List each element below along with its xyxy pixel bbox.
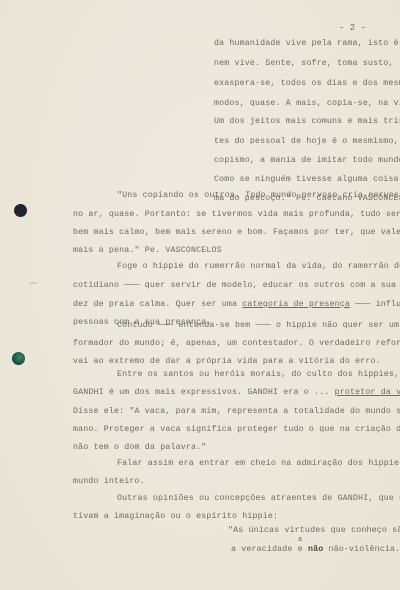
text-line: dez de praia calma. Quer ser uma categor…	[73, 300, 400, 310]
handwritten-insertion: a	[298, 536, 302, 544]
page-number: - 2 -	[339, 23, 366, 33]
text-line: Falar assim era entrar em cheio na admir…	[117, 459, 400, 469]
text-segment: GANDHI é um dos mais expressivos. GANDHI…	[73, 388, 335, 397]
text-line: copismo, a mania de imitar todo mundo.	[214, 156, 400, 166]
text-segment: ─── influenciar	[350, 300, 400, 309]
text-line: nem vive. Sente, sofre, toma susto,	[214, 59, 394, 69]
text-segment: a veracidade e	[231, 545, 308, 554]
text-line: mundo inteiro.	[73, 477, 145, 487]
text-line: bem mais calmo, bem mais sereno e bom. F…	[73, 228, 400, 238]
text-line: Como se ninguém tivesse alguma coisa aci…	[214, 175, 400, 185]
text-line: Um dos jeitos mais comuns e mais tris-	[214, 117, 400, 127]
text-segment: não-violência."	[323, 545, 400, 554]
margin-pencil-mark: ⁀	[30, 283, 36, 293]
text-line: GANDHI é um dos mais expressivos. GANDHI…	[73, 388, 400, 398]
text-line: mano. Proteger a vaca significa proteger…	[73, 425, 400, 435]
text-line: mais a pena." Pe. VASCONCELOS	[73, 246, 222, 256]
text-line: Disse ele: "A vaca, para mim, representa…	[73, 407, 400, 417]
text-line: a veracidade e não não-violência."	[231, 545, 400, 555]
text-line: não tem o dom da palavra."	[73, 443, 206, 453]
document-page: ⁀ - 2 - da humanidade vive pela rama, is…	[0, 0, 400, 590]
text-line: "Uns copiando os outros. Todo mundo nerv…	[117, 191, 400, 201]
text-line: Foge o hippie do rumerrão normal da vida…	[117, 262, 400, 272]
underlined-phrase: protetor da vaca	[335, 388, 400, 397]
binder-hole-top	[14, 204, 27, 217]
text-line: tes do pessoal de hoje é o mesmismo, o	[214, 137, 400, 147]
text-line: no ar, quase. Portanto: se tivermos vida…	[73, 210, 400, 220]
binder-hole-bottom	[12, 352, 25, 365]
text-segment: dez de praia calma. Quer ser uma	[73, 300, 242, 309]
text-line: Outras opiniões ou concepções atraentes …	[117, 494, 400, 504]
struck-word: não	[308, 545, 323, 554]
text-line: Contudo ─── entenda-se bem ─── o hippie …	[117, 321, 400, 331]
text-line: "As únicas virtudes que conheço são	[228, 526, 400, 536]
text-line: formador do mundo; é, apenas, um contest…	[73, 339, 400, 349]
text-line: tivam a imaginação ou o espírito hippie:	[73, 512, 278, 522]
text-line: Entre os santos ou heróis morais, do cul…	[117, 370, 399, 380]
text-line: cotidiano ─── quer servir de modelo, edu…	[73, 281, 400, 291]
underlined-phrase: categoria de presença	[242, 300, 350, 309]
text-line: vai ao extremo de dar a própria vida par…	[73, 357, 381, 367]
text-line: exaspera-se, todos os dias e dos mesmos	[214, 79, 400, 89]
text-line: da humanidade vive pela rama, isto é;	[214, 39, 400, 49]
text-line: modos, quase. A mais, copia-se, na vida.	[214, 99, 400, 109]
